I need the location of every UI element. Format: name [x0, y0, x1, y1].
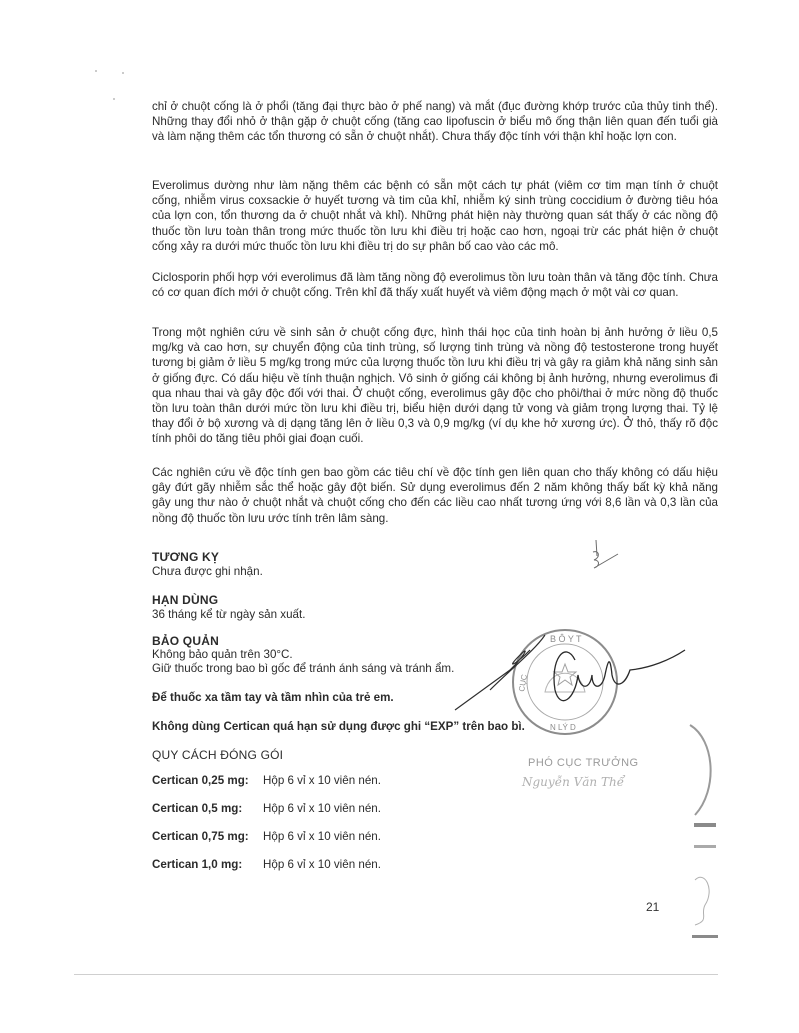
- paragraph-genotoxicity: Các nghiên cứu về độc tính gen bao gồm c…: [152, 465, 718, 526]
- bao-quan-line-1: Không bảo quản trên 30°C.: [152, 648, 293, 661]
- paragraph-ciclosporin: Ciclosporin phối hợp với everolimus đã l…: [152, 270, 718, 300]
- packaging-item-name: Certican 0,75 mg:: [152, 830, 263, 843]
- warning-expiry: Không dùng Certican quá hạn sử dụng được…: [152, 720, 525, 733]
- packaging-item-name: Certican 0,25 mg:: [152, 774, 263, 787]
- bao-quan-line-2: Giữ thuốc trong bao bì gốc để tránh ánh …: [152, 662, 454, 675]
- warning-children: Để thuốc xa tầm tay và tầm nhìn của trẻ …: [152, 691, 394, 704]
- packaging-item: Certican 0,5 mg:Hộp 6 vỉ x 10 viên nén.: [152, 802, 381, 815]
- paragraph-toxicity-lungs-eyes: chỉ ở chuột cống là ở phổi (tăng đại thự…: [152, 99, 718, 145]
- heading-tuong-ky: TƯƠNG KỴ: [152, 550, 219, 564]
- stamp-signer-name: Nguyễn Văn Thể: [522, 775, 624, 789]
- packaging-item-desc: Hộp 6 vỉ x 10 viên nén.: [263, 802, 381, 815]
- initial-signature-icon: [588, 538, 628, 578]
- heading-han-dung: HẠN DÙNG: [152, 593, 218, 607]
- stamp-title: PHÓ CỤC TRƯỞNG: [528, 757, 639, 769]
- signature-icon: [450, 630, 690, 720]
- scan-speck: [122, 72, 124, 74]
- scan-speck: [113, 98, 115, 100]
- packaging-item: Certican 0,25 mg:Hộp 6 vỉ x 10 viên nén.: [152, 774, 381, 787]
- paragraph-spontaneous-diseases: Everolimus dường như làm nặng thêm các b…: [152, 178, 718, 254]
- packaging-item: Certican 1,0 mg:Hộp 6 vỉ x 10 viên nén.: [152, 858, 381, 871]
- packaging-item: Certican 0,75 mg:Hộp 6 vỉ x 10 viên nén.: [152, 830, 381, 843]
- packaging-item-name: Certican 0,5 mg:: [152, 802, 263, 815]
- packaging-item-desc: Hộp 6 vỉ x 10 viên nén.: [263, 774, 381, 787]
- packaging-item-name: Certican 1,0 mg:: [152, 858, 263, 871]
- page-number: 21: [646, 900, 659, 914]
- paragraph-reproduction: Trong một nghiên cứu về sinh sản ở chuột…: [152, 325, 718, 447]
- packaging-item-desc: Hộp 6 vỉ x 10 viên nén.: [263, 858, 381, 871]
- svg-text:N LÝ D: N LÝ D: [550, 723, 576, 732]
- partial-stamp-icon: [680, 720, 720, 945]
- document-page: chỉ ở chuột cống là ở phổi (tăng đại thự…: [0, 0, 799, 1033]
- heading-bao-quan: BẢO QUẢN: [152, 634, 219, 648]
- tuong-ky-text: Chưa được ghi nhận.: [152, 565, 263, 578]
- heading-packaging: QUY CÁCH ĐÓNG GÓI: [152, 748, 283, 762]
- packaging-item-desc: Hộp 6 vỉ x 10 viên nén.: [263, 830, 381, 843]
- scan-speck: [95, 70, 97, 72]
- han-dung-text: 36 tháng kể từ ngày sản xuất.: [152, 608, 305, 621]
- footer-divider: [74, 974, 718, 975]
